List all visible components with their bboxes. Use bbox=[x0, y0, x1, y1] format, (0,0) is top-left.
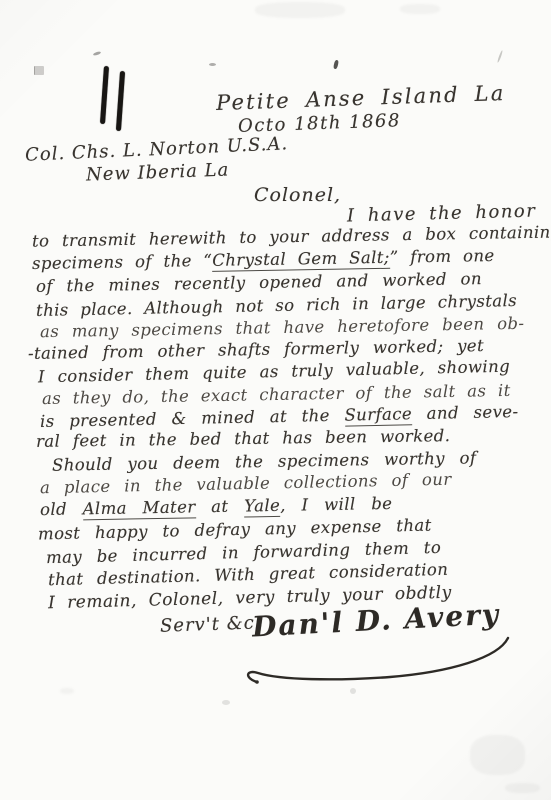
underlined-phrase: Chrystal Gem Salt; bbox=[212, 248, 390, 272]
scan-smudge bbox=[400, 4, 440, 14]
line-text: specimens of the “ bbox=[32, 251, 213, 273]
flourish-ink-dot bbox=[255, 680, 259, 684]
letter-line: ral feet in the bed that has been worked… bbox=[36, 426, 451, 451]
ink-speck bbox=[93, 51, 102, 56]
signature-flourish bbox=[240, 632, 520, 692]
line-text: at bbox=[195, 497, 244, 517]
underlined-phrase: Alma Mater bbox=[82, 497, 195, 520]
scan-smudge bbox=[255, 2, 345, 18]
underlined-phrase: Surface bbox=[344, 404, 412, 426]
line-text: , I will be bbox=[280, 494, 393, 515]
signature-flourish-stroke bbox=[248, 638, 508, 682]
scan-smudge bbox=[60, 688, 74, 694]
ink-speck bbox=[222, 700, 230, 705]
line-text: old bbox=[40, 499, 83, 519]
underlined-phrase: Yale bbox=[244, 496, 280, 518]
letter-line: of the mines recently opened and worked … bbox=[36, 269, 482, 296]
letter-date-line: Octo 18th 1868 bbox=[238, 110, 402, 137]
line-text: and seve- bbox=[412, 402, 519, 423]
letter-line: specimens of the “Chrystal Gem Salt;” fr… bbox=[32, 246, 495, 273]
letter-place-line: Petite Anse Island La bbox=[216, 81, 506, 115]
scan-smudge bbox=[505, 783, 540, 793]
letter-page: Petite Anse Island La Octo 18th 1868 Col… bbox=[0, 0, 551, 800]
line-text: ” from one bbox=[390, 246, 495, 267]
letter-line: old Alma Mater at Yale, I will be bbox=[40, 494, 393, 519]
ink-speck bbox=[209, 63, 216, 66]
ink-stroke bbox=[116, 71, 125, 131]
line-text: is presented & mined at the bbox=[40, 406, 345, 431]
letter-recipient-line: Col. Chs. L. Norton U.S.A. bbox=[25, 133, 289, 165]
scan-smudge bbox=[470, 735, 525, 775]
letter-recipient-city-line: New Iberia La bbox=[86, 160, 230, 186]
ink-speck bbox=[34, 66, 44, 75]
ink-speck bbox=[333, 60, 339, 70]
letter-salutation: Colonel, bbox=[254, 184, 341, 206]
ink-speck bbox=[497, 50, 503, 63]
ink-stroke bbox=[100, 66, 109, 124]
